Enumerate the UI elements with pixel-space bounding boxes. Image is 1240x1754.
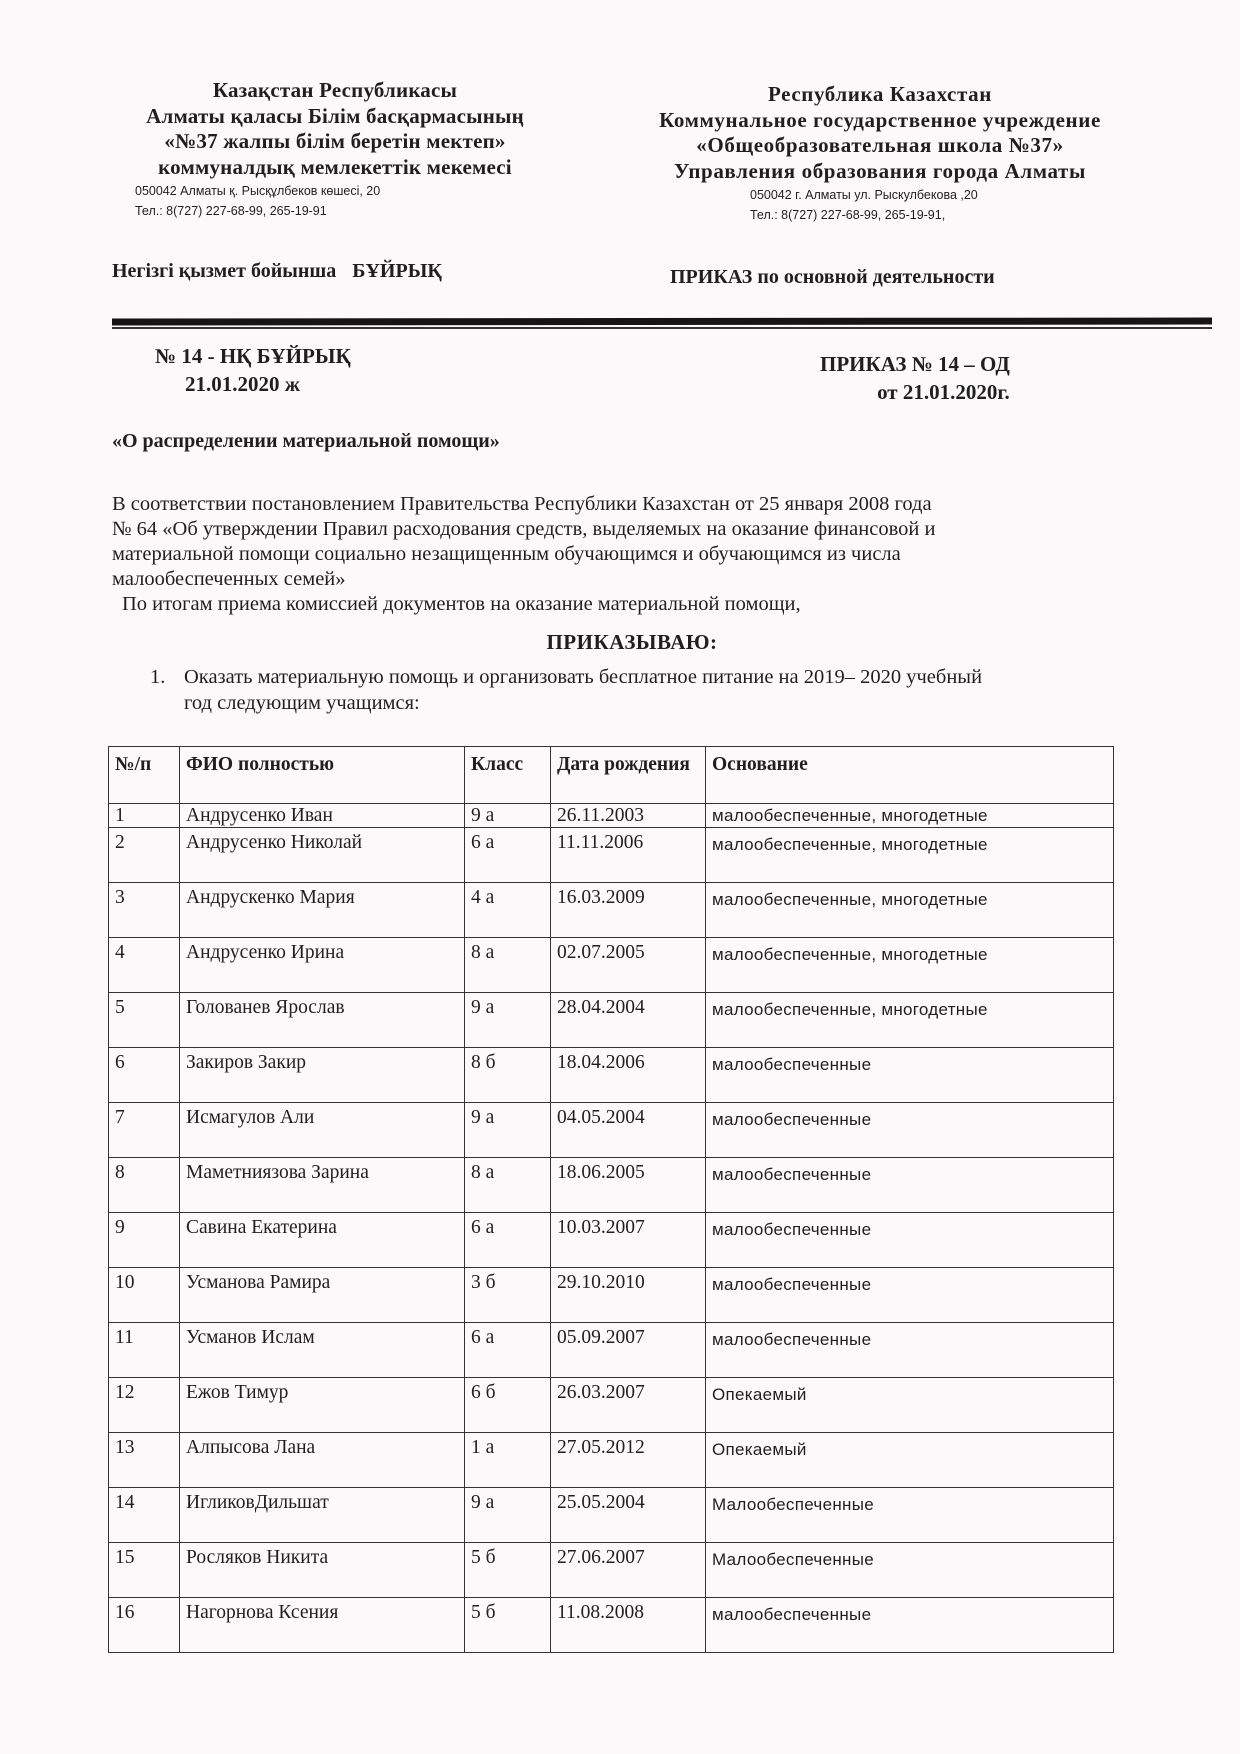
subheader-kazakh: Негізгі қызмет бойыншаБҰЙРЫҚ (112, 260, 442, 283)
header-divider-thick (112, 318, 1212, 326)
header-ru-line-2: Коммунальное государственное учреждение (600, 108, 1160, 134)
cell-dob: 26.11.2003 (551, 804, 706, 828)
cell-number: 13 (109, 1433, 180, 1488)
preamble-line-1: В соответствии постановлением Правительс… (112, 492, 1122, 517)
table-row: 12 Ежов Тимур 6 б 26.03.2007 Опекаемый (109, 1378, 1114, 1433)
table-row: 9 Савина Екатерина 6 а 10.03.2007 малооб… (109, 1213, 1114, 1268)
preamble-line-4: малообеспеченных семей» (112, 567, 1122, 592)
cell-class: 9 а (465, 1103, 551, 1158)
order-kz-date: 21.01.2020 ж (155, 370, 351, 398)
cell-class: 8 а (465, 938, 551, 993)
cell-basis: Опекаемый (706, 1378, 1114, 1433)
cell-dob: 04.05.2004 (551, 1103, 706, 1158)
table-row: 4 Андрусенко Ирина 8 а 02.07.2005 малооб… (109, 938, 1114, 993)
cell-name: Андрусенко Ирина (180, 938, 465, 993)
header-ru-line-4: Управления образования города Алматы (600, 159, 1160, 185)
cell-basis: малообеспеченные (706, 1213, 1114, 1268)
subheader-kz-word: БҰЙРЫҚ (352, 260, 442, 282)
cell-number: 14 (109, 1488, 180, 1543)
preamble-commission: По итогам приема комиссией документов на… (112, 592, 1122, 617)
cell-number: 9 (109, 1213, 180, 1268)
cell-basis: малообеспеченные (706, 1323, 1114, 1378)
cell-name: Андрусенко Николай (180, 828, 465, 883)
table-row: 10 Усманова Рамира 3 б 29.10.2010 малооб… (109, 1268, 1114, 1323)
header-kz-line-4: коммуналдық мемлекеттік мекемесі (100, 155, 570, 181)
cell-dob: 18.04.2006 (551, 1048, 706, 1103)
cell-class: 9 а (465, 804, 551, 828)
cell-dob: 27.06.2007 (551, 1543, 706, 1598)
cell-class: 9 а (465, 993, 551, 1048)
table-row: 1 Андрусенко Иван 9 а 26.11.2003 малообе… (109, 804, 1114, 828)
cell-name: Усманова Рамира (180, 1268, 465, 1323)
table-row: 11 Усманов Ислам 6 а 05.09.2007 малообес… (109, 1323, 1114, 1378)
cell-class: 6 б (465, 1378, 551, 1433)
cell-class: 1 а (465, 1433, 551, 1488)
header-ru-phone: Тел.: 8(727) 227-68-99, 265-19-91, (600, 206, 1160, 224)
header-divider-thin (112, 327, 1212, 329)
col-header-dob: Дата рождения (551, 747, 706, 804)
document-title: «О распределении материальной помощи» (112, 430, 500, 453)
cell-dob: 05.09.2007 (551, 1323, 706, 1378)
order-number-kazakh: № 14 - НҚ БҰЙРЫҚ 21.01.2020 ж (155, 342, 351, 398)
order-item-1-line-2: год следующим учащимся: (150, 690, 1170, 716)
cell-number: 4 (109, 938, 180, 993)
cell-dob: 25.05.2004 (551, 1488, 706, 1543)
col-header-basis: Основание (706, 747, 1114, 804)
cell-basis: малообеспеченные, многодетные (706, 883, 1114, 938)
cell-basis: малообеспеченные (706, 1158, 1114, 1213)
cell-name: Исмагулов Али (180, 1103, 465, 1158)
cell-dob: 28.04.2004 (551, 993, 706, 1048)
cell-basis: малообеспеченные (706, 1103, 1114, 1158)
table-row: 7 Исмагулов Али 9 а 04.05.2004 малообесп… (109, 1103, 1114, 1158)
cell-basis: малообеспеченные, многодетные (706, 993, 1114, 1048)
cell-basis: малообеспеченные, многодетные (706, 828, 1114, 883)
cell-class: 8 б (465, 1048, 551, 1103)
cell-number: 1 (109, 804, 180, 828)
table-row: 2 Андрусенко Николай 6 а 11.11.2006 мало… (109, 828, 1114, 883)
cell-number: 10 (109, 1268, 180, 1323)
header-kz-line-3: «№37 жалпы білім беретін мектеп» (100, 129, 570, 155)
table-header-row: №/п ФИО полностью Класс Дата рождения Ос… (109, 747, 1114, 804)
cell-class: 6 а (465, 828, 551, 883)
cell-number: 16 (109, 1598, 180, 1653)
cell-number: 7 (109, 1103, 180, 1158)
cell-name: Росляков Никита (180, 1543, 465, 1598)
cell-dob: 11.08.2008 (551, 1598, 706, 1653)
cell-class: 6 а (465, 1213, 551, 1268)
cell-basis: Малообеспеченные (706, 1543, 1114, 1598)
cell-number: 6 (109, 1048, 180, 1103)
cell-class: 9 а (465, 1488, 551, 1543)
cell-number: 11 (109, 1323, 180, 1378)
cell-dob: 27.05.2012 (551, 1433, 706, 1488)
cell-name: Андрускенко Мария (180, 883, 465, 938)
cell-dob: 10.03.2007 (551, 1213, 706, 1268)
cell-basis: малообеспеченные (706, 1048, 1114, 1103)
cell-class: 4 а (465, 883, 551, 938)
students-table: №/п ФИО полностью Класс Дата рождения Ос… (108, 746, 1114, 1653)
col-header-number: №/п (109, 747, 180, 804)
cell-basis: Малообеспеченные (706, 1488, 1114, 1543)
cell-basis: малообеспеченные, многодетные (706, 804, 1114, 828)
cell-dob: 02.07.2005 (551, 938, 706, 993)
preamble-line-3: материальной помощи социально незащищенн… (112, 542, 1122, 567)
subheader-ru-suffix: по основной деятельности (752, 266, 994, 288)
cell-dob: 26.03.2007 (551, 1378, 706, 1433)
header-russian: Республика Казахстан Коммунальное госуда… (600, 82, 1160, 224)
order-number-russian: ПРИКАЗ № 14 – ОД от 21.01.2020г. (820, 350, 1010, 406)
header-kz-line-2: Алматы қаласы Білім басқармасының (100, 104, 570, 130)
col-header-class: Класс (465, 747, 551, 804)
cell-name: Голованев Ярослав (180, 993, 465, 1048)
order-ru-date: от 21.01.2020г. (820, 378, 1010, 406)
cell-name: Маметниязова Зарина (180, 1158, 465, 1213)
cell-class: 3 б (465, 1268, 551, 1323)
subheader-russian: ПРИКАЗ по основной деятельности (670, 266, 995, 289)
cell-dob: 18.06.2005 (551, 1158, 706, 1213)
cell-basis: Опекаемый (706, 1433, 1114, 1488)
cell-name: Закиров Закир (180, 1048, 465, 1103)
order-item-1-number: 1. (150, 664, 165, 690)
subheader-ru-word: ПРИКАЗ (670, 266, 752, 288)
header-kz-line-1: Казақстан Республикасы (100, 78, 570, 104)
subheader-kz-prefix: Негізгі қызмет бойынша (112, 260, 336, 282)
cell-name: Савина Екатерина (180, 1213, 465, 1268)
table-row: 5 Голованев Ярослав 9 а 28.04.2004 малоо… (109, 993, 1114, 1048)
order-ru-number: ПРИКАЗ № 14 – ОД (820, 350, 1010, 378)
preamble-line-2: № 64 «Об утверждении Правил расходования… (112, 517, 1122, 542)
table-row: 14 ИгликовДильшат 9 а 25.05.2004 Малообе… (109, 1488, 1114, 1543)
command-text: ПРИКАЗЫВАЮ: (546, 630, 717, 654)
order-item-1-line-1: Оказать материальную помощь и организова… (150, 664, 1170, 690)
header-kz-address: 050042 Алматы қ. Рысқұлбеков көшесі, 20 (100, 182, 570, 200)
cell-class: 6 а (465, 1323, 551, 1378)
header-kz-phone: Тел.: 8(727) 227-68-99, 265-19-91 (100, 202, 570, 220)
table-row: 16 Нагорнова Ксения 5 б 11.08.2008 малоо… (109, 1598, 1114, 1653)
cell-number: 8 (109, 1158, 180, 1213)
cell-basis: малообеспеченные, многодетные (706, 938, 1114, 993)
cell-class: 8 а (465, 1158, 551, 1213)
order-item-1: 1. Оказать материальную помощь и организ… (150, 664, 1170, 716)
header-kazakh: Казақстан Республикасы Алматы қаласы Біл… (100, 78, 570, 220)
header-ru-line-3: «Общеобразовательная школа №37» (600, 133, 1160, 159)
table-row: 6 Закиров Закир 8 б 18.04.2006 малообесп… (109, 1048, 1114, 1103)
cell-name: Ежов Тимур (180, 1378, 465, 1433)
table-row: 3 Андрускенко Мария 4 а 16.03.2009 малоо… (109, 883, 1114, 938)
cell-basis: малообеспеченные (706, 1268, 1114, 1323)
header-ru-line-1: Республика Казахстан (600, 82, 1160, 108)
cell-basis: малообеспеченные (706, 1598, 1114, 1653)
command-heading: ПРИКАЗЫВАЮ: (0, 630, 1240, 655)
cell-number: 3 (109, 883, 180, 938)
cell-name: Усманов Ислам (180, 1323, 465, 1378)
cell-name: ИгликовДильшат (180, 1488, 465, 1543)
cell-dob: 11.11.2006 (551, 828, 706, 883)
header-ru-address: 050042 г. Алматы ул. Рыскулбекова ,20 (600, 186, 1160, 204)
order-kz-number: № 14 - НҚ БҰЙРЫҚ (155, 342, 351, 370)
table-row: 13 Алпысова Лана 1 а 27.05.2012 Опекаемы… (109, 1433, 1114, 1488)
cell-class: 5 б (465, 1543, 551, 1598)
cell-number: 5 (109, 993, 180, 1048)
cell-dob: 16.03.2009 (551, 883, 706, 938)
col-header-name: ФИО полностью (180, 747, 465, 804)
cell-class: 5 б (465, 1598, 551, 1653)
cell-number: 12 (109, 1378, 180, 1433)
cell-dob: 29.10.2010 (551, 1268, 706, 1323)
preamble: В соответствии постановлением Правительс… (112, 492, 1122, 617)
cell-name: Алпысова Лана (180, 1433, 465, 1488)
cell-name: Нагорнова Ксения (180, 1598, 465, 1653)
cell-number: 2 (109, 828, 180, 883)
cell-name: Андрусенко Иван (180, 804, 465, 828)
cell-number: 15 (109, 1543, 180, 1598)
table-row: 15 Росляков Никита 5 б 27.06.2007 Малооб… (109, 1543, 1114, 1598)
table-row: 8 Маметниязова Зарина 8 а 18.06.2005 мал… (109, 1158, 1114, 1213)
